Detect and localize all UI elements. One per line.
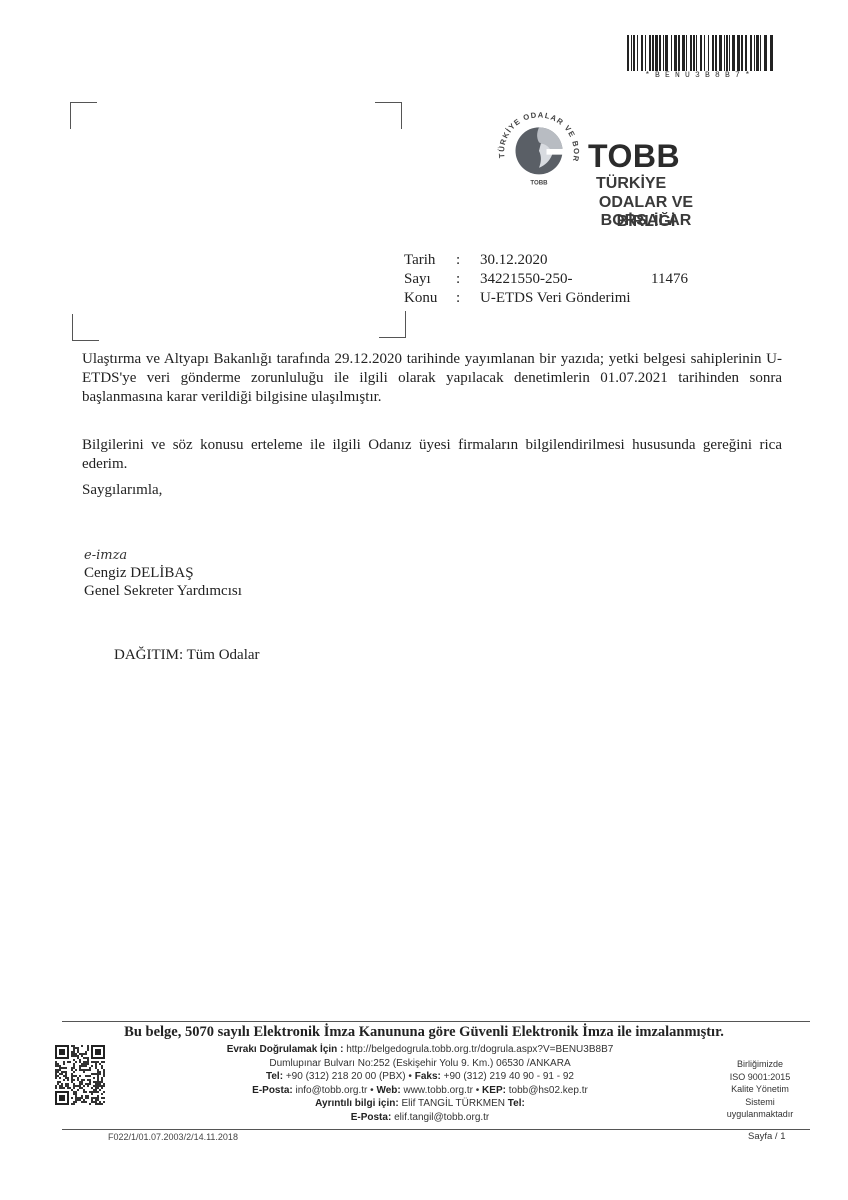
footer-detail-line: Ayrıntılı bilgi için: Elif TANGİL TÜRKME… [160,1097,680,1111]
esignature-label: e-imza [84,548,127,563]
contact-person: Elif TANGİL TÜRKMEN [401,1098,505,1109]
fax-value: +90 (312) 219 40 90 - 91 - 92 [444,1071,574,1082]
meta-colon: : [456,270,480,289]
document-barcode: *BENU3B8B7* [624,35,776,79]
logo-name-line3: BİRLİĞİ [556,213,736,231]
meta-row-number: Sayı : 34221550-250- [404,270,631,289]
footer-address: Dumlupınar Bulvarı No:252 (Eskişehir Yol… [160,1057,680,1071]
closing-salutation: Saygılarımla, [82,482,162,499]
kep-link[interactable]: tobb@hs02.kep.tr [509,1085,588,1096]
meta-date-value: 30.12.2020 [480,251,548,270]
body-paragraph-2: Bilgilerini ve söz konusu erteleme ile i… [82,436,782,474]
barcode-bars [627,35,773,71]
body-paragraph-1: Ulaştırma ve Altyapı Bakanlığı tarafında… [82,350,782,407]
iso-line: uygulanmaktadır [700,1108,820,1121]
meta-colon: : [456,289,480,308]
meta-label: Sayı [404,270,456,289]
contact-tel-label: Tel: [508,1098,525,1109]
footer-divider-bottom [62,1129,810,1130]
logo-acronym: TOBB [588,138,680,175]
signer-name: Cengiz DELİBAŞ [84,565,194,582]
meta-row-subject: Konu : U-ETDS Veri Gönderimi [404,289,631,308]
footer-legal-notice: Bu belge, 5070 sayılı Elektronik İmza Ka… [62,1024,786,1041]
address-window-corner-bottom-left [72,314,99,341]
email-label: E-Posta: [252,1085,293,1096]
page-number: Sayfa / 1 [748,1131,786,1142]
detail-label: Ayrıntılı bilgi için: [315,1098,399,1109]
iso-certification-note: Birliğimizde ISO 9001:2015 Kalite Yöneti… [700,1058,820,1121]
iso-line: Sistemi [700,1096,820,1109]
document-meta: Tarih : 30.12.2020 Sayı : 34221550-250- … [404,251,631,308]
footer-divider-top [62,1021,810,1022]
meta-row-date: Tarih : 30.12.2020 [404,251,631,270]
footer-online-line: E-Posta: info@tobb.org.tr • Web: www.tob… [160,1084,680,1098]
emblem-bottom-text: TOBB [530,180,548,187]
bullet: • [408,1071,412,1082]
email-link[interactable]: info@tobb.org.tr [296,1085,368,1096]
address-window-corner-top-right [375,102,402,129]
contact-email-label: E-Posta: [351,1112,392,1123]
distribution-list: DAĞITIM: Tüm Odalar [114,647,260,664]
meta-number-suffix: 11476 [651,270,688,289]
qr-code-icon[interactable] [55,1045,105,1105]
contact-email-link[interactable]: elif.tangil@tobb.org.tr [394,1112,489,1123]
footer-verify-line: Evrakı Doğrulamak İçin : http://belgedog… [160,1043,680,1057]
meta-subject-value: U-ETDS Veri Gönderimi [480,289,631,308]
meta-label: Konu [404,289,456,308]
iso-line: ISO 9001:2015 [700,1071,820,1084]
footer-contact-info: Evrakı Doğrulamak İçin : http://belgedog… [160,1043,680,1125]
tel-label: Tel: [266,1071,283,1082]
fax-label: Faks: [415,1071,441,1082]
iso-line: Birliğimizde [700,1058,820,1071]
address-window-corner-top-left [70,102,97,129]
bullet: • [370,1085,374,1096]
footer-contact-email-line: E-Posta: elif.tangil@tobb.org.tr [160,1111,680,1125]
form-code: F022/1/01.07.2003/2/14.11.2018 [108,1132,238,1142]
tel-value: +90 (312) 218 20 00 (PBX) [286,1071,406,1082]
bullet: • [476,1085,480,1096]
meta-number-value: 34221550-250- [480,270,573,289]
meta-colon: : [456,251,480,270]
web-link[interactable]: www.tobb.org.tr [403,1085,472,1096]
footer-phone-line: Tel: +90 (312) 218 20 00 (PBX) • Faks: +… [160,1070,680,1084]
kep-label: KEP: [482,1085,506,1096]
tobb-emblem-logo-icon: TÜRKİYE ODALAR VE BORSALAR BİRLİĞİ TOBB [492,102,586,196]
barcode-text: *BENU3B8B7* [624,71,776,80]
meta-label: Tarih [404,251,456,270]
verify-url-link[interactable]: http://belgedogrula.tobb.org.tr/dogrula.… [346,1044,613,1055]
web-label: Web: [376,1085,400,1096]
signer-title: Genel Sekreter Yardımcısı [84,583,242,600]
logo-name-line1: TÜRKİYE [596,175,716,193]
verify-label: Evrakı Doğrulamak İçin : [227,1044,344,1055]
address-window-corner-bottom-right [379,311,406,338]
iso-line: Kalite Yönetim [700,1083,820,1096]
